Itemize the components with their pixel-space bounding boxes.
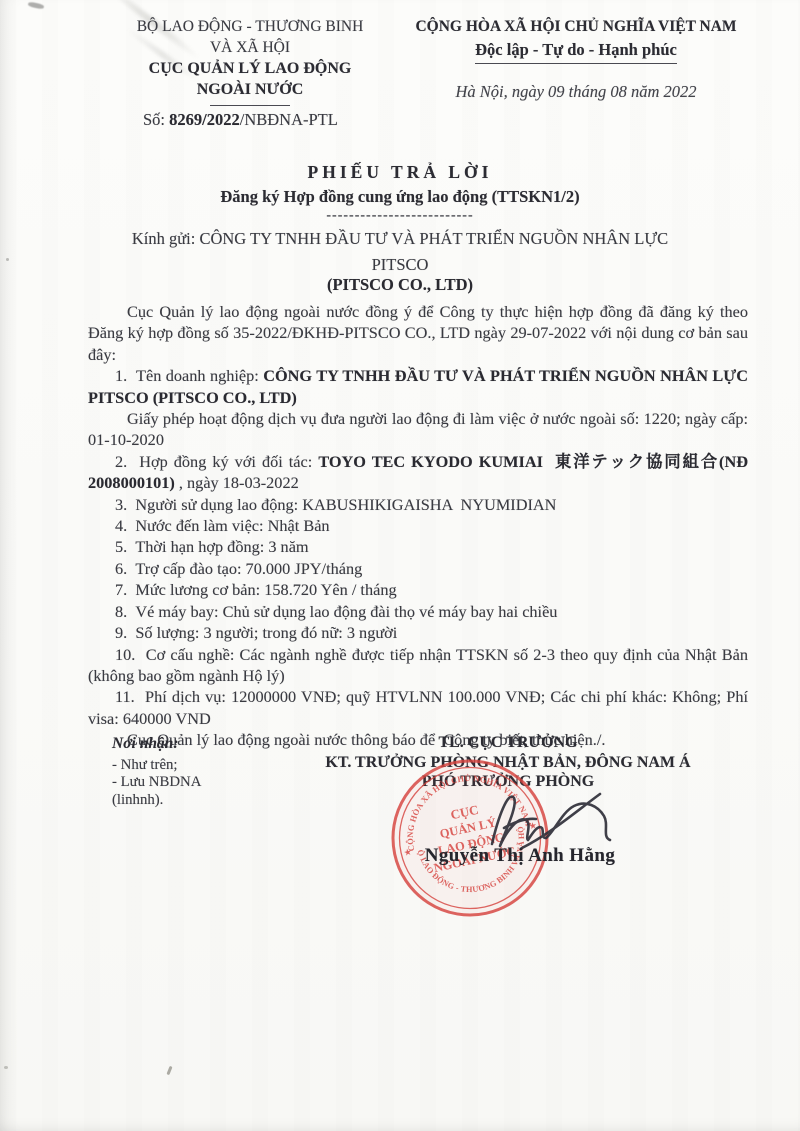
recipients-line: (linhnh). <box>112 792 201 810</box>
national-header-block: CỘNG HÒA XÃ HỘI CHỦ NGHĨA VIỆT NAM Độc l… <box>390 16 762 102</box>
item-5: 5. Thời hạn hợp đồng: 3 năm <box>88 536 748 557</box>
document-title: PHIẾU TRẢ LỜI <box>0 162 800 183</box>
item-8: 8. Vé máy bay: Chủ sử dụng lao động đài … <box>88 601 748 622</box>
recipients-heading: Nơi nhận: <box>112 735 201 753</box>
item-2-date: , ngày 18-03-2022 <box>175 473 299 492</box>
signature-graphic <box>478 782 638 866</box>
recipients-block: Nơi nhận: - Như trên; - Lưu NBDNA (linhn… <box>112 735 201 809</box>
doc-no-label: Số: <box>143 110 169 129</box>
national-title: CỘNG HÒA XÃ HỘI CHỦ NGHĨA VIỆT NAM <box>390 16 762 37</box>
ministry-name-line1: BỘ LAO ĐỘNG - THƯƠNG BINH <box>70 16 430 37</box>
item-2-label: 2. Hợp đồng ký với đối tác: <box>115 452 318 471</box>
item-6: 6. Trợ cấp đào tạo: 70.000 JPY/tháng <box>88 558 748 579</box>
scan-mark <box>166 1066 172 1075</box>
recipient-line1: Kính gửi: CÔNG TY TNHH ĐẦU TƯ VÀ PHÁT TR… <box>0 229 800 249</box>
doc-no-suffix: /NBĐNA-PTL <box>240 110 338 129</box>
item-7: 7. Mức lương cơ bản: 158.720 Yên / tháng <box>88 579 748 600</box>
department-name-line2: NGOÀI NƯỚC <box>70 79 430 100</box>
item-9: 9. Số lượng: 3 người; trong đó nữ: 3 ngư… <box>88 622 748 643</box>
department-name-line1: CỤC QUẢN LÝ LAO ĐỘNG <box>70 58 430 79</box>
item-2: 2. Hợp đồng ký với đối tác: TOYO TEC KYO… <box>88 451 748 494</box>
recipients-line: - Lưu NBDNA <box>112 774 201 792</box>
recipient-line2: PITSCO <box>0 255 800 275</box>
issuing-org-block: BỘ LAO ĐỘNG - THƯƠNG BINH VÀ XÃ HỘI CỤC … <box>70 16 430 106</box>
place-date: Hà Nội, ngày 09 tháng 08 năm 2022 <box>390 82 762 102</box>
item-11: 11. Phí dịch vụ: 12000000 VNĐ; quỹ HTVLN… <box>88 686 748 729</box>
scanned-document-page: BỘ LAO ĐỘNG - THƯƠNG BINH VÀ XÃ HỘI CỤC … <box>0 0 800 1131</box>
separator-dashes: -------------------------- <box>0 209 800 223</box>
item-1-license: Giấy phép hoạt động dịch vụ đưa người la… <box>88 408 748 451</box>
item-1-label: 1. Tên doanh nghiệp: <box>115 366 263 385</box>
signer-title-1: TL. CỤC TRƯỞNG <box>268 733 748 753</box>
intro-paragraph: Cục Quản lý lao động ngoài nước đồng ý đ… <box>88 301 748 365</box>
item-10: 10. Cơ cấu nghề: Các ngành nghề được tiế… <box>88 644 748 687</box>
recipients-line: - Như trên; <box>112 757 201 775</box>
item-3: 3. Người sử dụng lao động: KABUSHIKIGAIS… <box>88 494 748 515</box>
recipient-line3: (PITSCO CO., LTD) <box>0 275 800 295</box>
handwritten-signature <box>478 782 638 866</box>
document-number: Số: 8269/2022/NBĐNA-PTL <box>143 110 338 130</box>
doc-no-value: 8269/2022 <box>169 110 240 129</box>
document-subtitle: Đăng ký Hợp đồng cung ứng lao động (TTSK… <box>0 187 800 207</box>
national-motto: Độc lập - Tự do - Hạnh phúc <box>475 39 677 64</box>
scan-speck <box>4 1066 8 1069</box>
document-body: Cục Quản lý lao động ngoài nước đồng ý đ… <box>88 301 748 751</box>
scan-mark <box>28 1 45 9</box>
item-4: 4. Nước đến làm việc: Nhật Bản <box>88 515 748 536</box>
item-1: 1. Tên doanh nghiệp: CÔNG TY TNHH ĐẦU TƯ… <box>88 365 748 408</box>
title-block: PHIẾU TRẢ LỜI Đăng ký Hợp đồng cung ứng … <box>0 162 800 295</box>
ministry-name-line2: VÀ XÃ HỘI <box>70 37 430 58</box>
org-underline <box>210 105 290 106</box>
